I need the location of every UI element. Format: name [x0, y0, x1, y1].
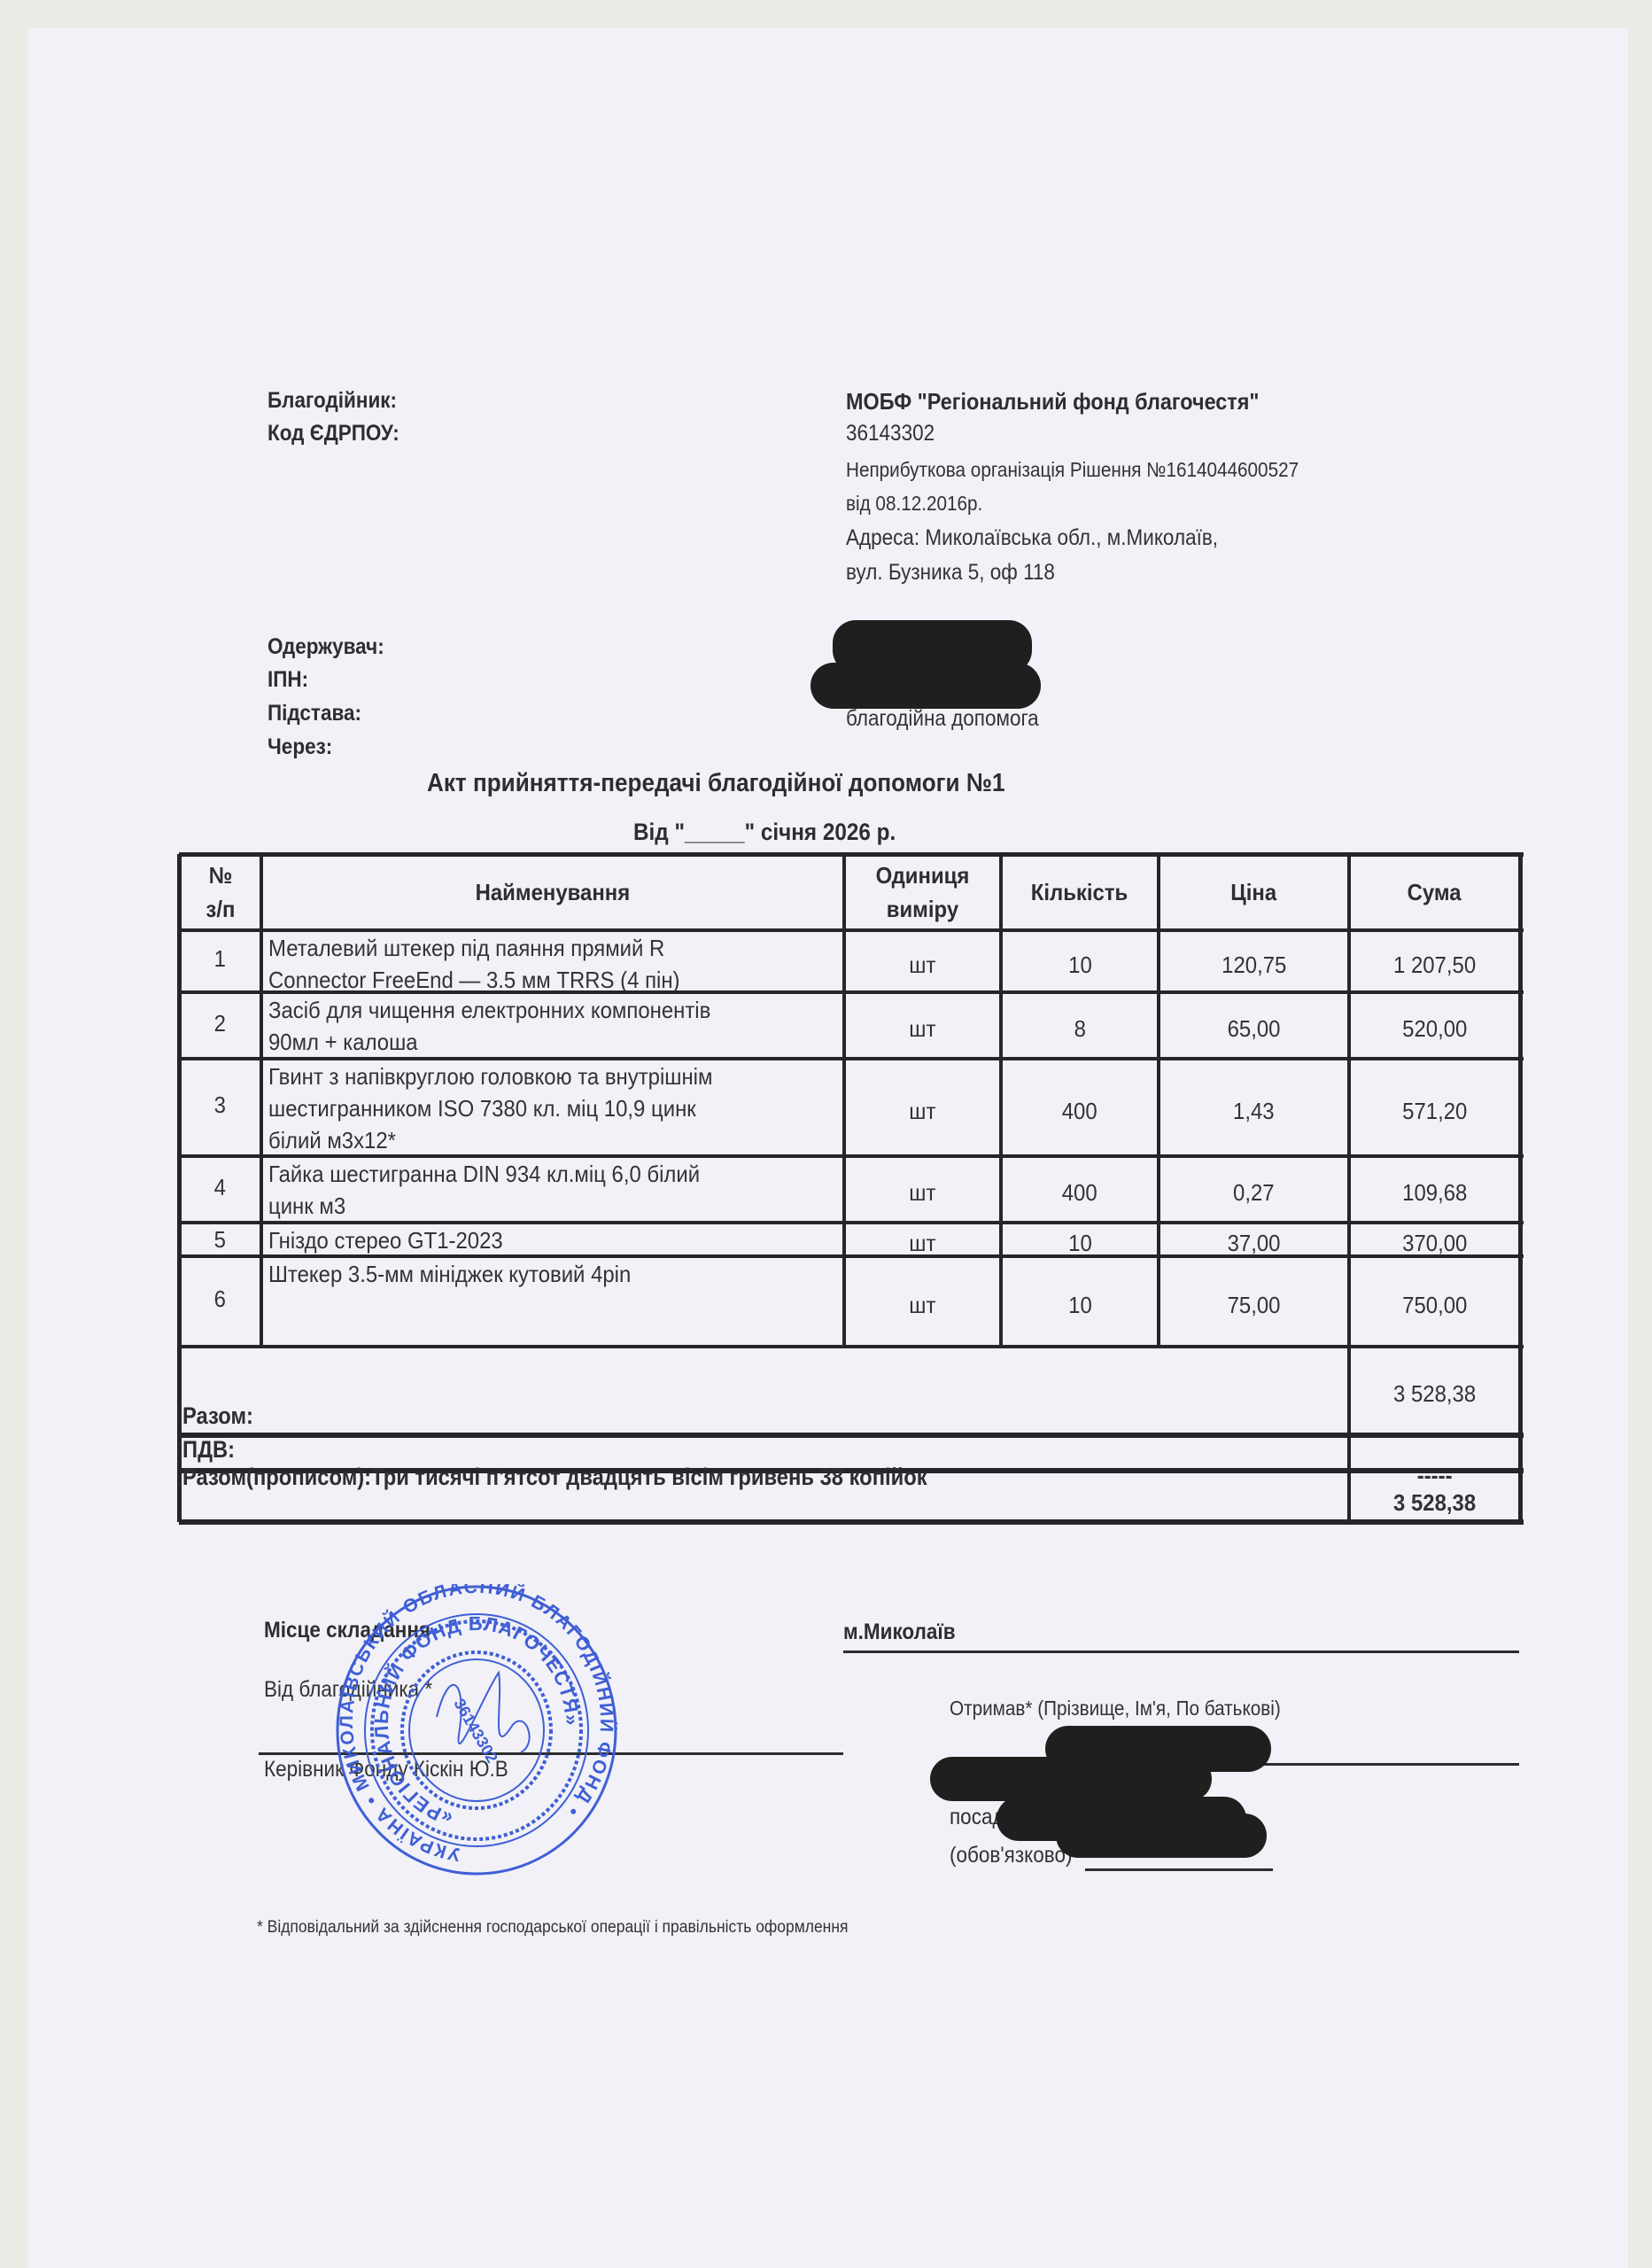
act-title: Акт прийняття-передачі благодійної допом…: [427, 769, 1004, 798]
footnote: * Відповідальний за здійснення господарс…: [257, 1918, 848, 1938]
act-date: Від "_____" січня 2026 р.: [633, 819, 896, 846]
item-num: 3: [179, 1062, 261, 1160]
header-unit: Одиниця виміру: [844, 854, 1001, 930]
item-sum: 520,00: [1349, 996, 1520, 1062]
total-label: Разом:: [182, 1402, 253, 1430]
recipient-label: Одержувач:: [268, 634, 384, 660]
item-qty: 400: [1001, 1062, 1159, 1160]
item-sum-text: 1 207,50: [1393, 951, 1476, 979]
summary-rule: [179, 1433, 1524, 1438]
item-sum: 109,68: [1349, 1160, 1520, 1226]
table-rule: [179, 990, 1524, 994]
item-unit-text: шт: [909, 1230, 935, 1257]
item-num: 6: [179, 1260, 261, 1350]
item-unit-text: шт: [909, 1292, 935, 1319]
item-price-text: 65,00: [1228, 1015, 1281, 1043]
item-price-text: 75,00: [1228, 1292, 1281, 1319]
total-value: 3 528,38: [1349, 1354, 1520, 1433]
header-label: Найменування: [476, 875, 631, 909]
redaction-received-4: [1056, 1814, 1267, 1858]
donor-address-2: вул. Бузника 5, оф 118: [846, 560, 1055, 586]
words-value-text: 3 528,38: [1393, 1489, 1476, 1517]
item-name-text: Гвинт з напівкруглою головкою та внутріш…: [268, 1060, 712, 1156]
table-rule: [179, 1345, 1524, 1348]
item-num-text: 5: [214, 1226, 226, 1254]
item-name: Штекер 3.5-мм мініджек кутовий 4pin: [268, 1258, 841, 1290]
header-label: Ціна: [1231, 875, 1277, 909]
mandatory-label: (обов'язково): [950, 1843, 1072, 1868]
header-qty: Кількість: [1001, 854, 1159, 930]
donor-name: МОБФ "Регіональний фонд благочестя": [846, 388, 1260, 416]
vat-label: ПДВ:: [182, 1436, 235, 1464]
item-unit: шт: [844, 1260, 1001, 1350]
item-unit: шт: [844, 1062, 1001, 1160]
header-sum: Сума: [1349, 854, 1520, 930]
item-name: Гніздо стерео GT1-2023: [268, 1224, 841, 1256]
place-underline: [843, 1651, 1519, 1653]
item-qty: 10: [1001, 934, 1159, 996]
donor-code: 36143302: [846, 421, 935, 447]
item-unit: шт: [844, 996, 1001, 1062]
ipn-label: ІПН:: [268, 667, 308, 693]
place-value: м.Миколаїв: [843, 1619, 956, 1645]
table-column-rule: [1157, 854, 1160, 1347]
item-unit-text: шт: [909, 1098, 935, 1125]
item-price-text: 1,43: [1233, 1098, 1275, 1125]
item-sum: 750,00: [1349, 1260, 1520, 1350]
item-num: 1: [179, 934, 261, 996]
donor-address-1: Адреса: Миколаївська обл., м.Миколаїв,: [846, 525, 1218, 551]
table-rule: [179, 1057, 1524, 1060]
item-qty: 8: [1001, 996, 1159, 1062]
table-rule: [179, 1254, 1524, 1258]
item-name: Металевий штекер під паяння прямий R Con…: [268, 932, 841, 996]
donor-status: Неприбуткова організація Рішення №161404…: [846, 458, 1299, 482]
item-price-text: 37,00: [1228, 1230, 1281, 1257]
basis-label: Підстава:: [268, 701, 361, 726]
item-name-text: Засіб для чищення електронних компоненті…: [268, 994, 710, 1058]
item-price: 65,00: [1159, 996, 1349, 1062]
table-column-rule: [260, 854, 263, 1347]
basis-value: благодійна допомога: [846, 706, 1039, 732]
header-label: № з/п: [206, 858, 235, 926]
via-label: Через:: [268, 734, 332, 760]
item-qty-text: 10: [1068, 1292, 1092, 1319]
item-unit: шт: [844, 1160, 1001, 1226]
header-name: Найменування: [261, 854, 844, 930]
item-qty-text: 10: [1068, 1230, 1092, 1257]
donor-status-date: від 08.12.2016р.: [846, 492, 982, 516]
item-name: Гвинт з напівкруглою головкою та внутріш…: [268, 1060, 841, 1156]
item-num-text: 1: [214, 945, 226, 973]
item-price: 1,43: [1159, 1062, 1349, 1160]
item-num: 4: [179, 1160, 261, 1226]
item-sum-text: 750,00: [1402, 1292, 1467, 1319]
header-num: № з/п: [179, 854, 261, 930]
table-column-rule: [177, 854, 182, 1522]
item-unit-text: шт: [909, 1015, 935, 1043]
item-sum: 1 207,50: [1349, 934, 1520, 996]
item-name-text: Металевий штекер під паяння прямий R Con…: [268, 932, 680, 996]
item-price: 0,27: [1159, 1160, 1349, 1226]
donor-label: Благодійник:: [268, 388, 397, 414]
item-price-text: 120,75: [1222, 951, 1286, 979]
table-rule: [179, 1154, 1524, 1158]
item-price-text: 0,27: [1233, 1179, 1275, 1207]
item-qty: 10: [1001, 1260, 1159, 1350]
table-rule: [179, 1221, 1524, 1224]
item-num-text: 2: [214, 1010, 226, 1037]
table-column-rule: [842, 854, 846, 1347]
summary-rule: [179, 1519, 1524, 1525]
header-price: Ціна: [1159, 854, 1349, 930]
item-num-text: 3: [214, 1091, 226, 1119]
received-label: Отримав* (Прізвище, Ім'я, По батькові): [950, 1697, 1281, 1720]
item-qty-text: 400: [1062, 1098, 1097, 1125]
item-sum-text: 571,20: [1402, 1098, 1467, 1125]
item-price: 120,75: [1159, 934, 1349, 996]
item-qty: 400: [1001, 1160, 1159, 1226]
item-qty-text: 10: [1068, 951, 1092, 979]
item-sum-text: 370,00: [1402, 1230, 1467, 1257]
item-name-text: Штекер 3.5-мм мініджек кутовий 4pin: [268, 1258, 631, 1290]
item-sum-text: 109,68: [1402, 1179, 1467, 1207]
item-unit-text: шт: [909, 951, 935, 979]
position-line: [1085, 1868, 1273, 1871]
svg-text:36143302: 36143302: [450, 1696, 500, 1766]
item-name: Гайка шестигранна DIN 934 кл.міц 6,0 біл…: [268, 1158, 841, 1222]
header-label: Одиниця виміру: [876, 858, 970, 926]
redaction-received-2: [930, 1757, 1212, 1801]
item-unit-text: шт: [909, 1179, 935, 1207]
item-num: 2: [179, 996, 261, 1062]
table-rule: [179, 852, 1524, 857]
table-column-rule: [999, 854, 1003, 1347]
item-qty-text: 400: [1062, 1179, 1097, 1207]
item-num-text: 4: [214, 1174, 226, 1201]
item-num-text: 6: [214, 1285, 226, 1313]
item-sum: 571,20: [1349, 1062, 1520, 1160]
total-value-text: 3 528,38: [1393, 1380, 1476, 1408]
header-label: Кількість: [1031, 875, 1128, 909]
edrpou-label: Код ЄДРПОУ:: [268, 421, 399, 447]
organization-stamp: УКРАЇНА • МИКОЛАЇВСЬКИЙ ОБЛАСНИЙ БЛАГОДІ…: [335, 1584, 618, 1876]
redaction-recipient-ipn: [810, 663, 1041, 709]
header-label: Сума: [1408, 875, 1462, 909]
item-qty-text: 8: [1074, 1015, 1085, 1043]
table-rule: [179, 928, 1524, 932]
item-name-text: Гніздо стерео GT1-2023: [268, 1224, 503, 1256]
item-name: Засіб для чищення електронних компоненті…: [268, 994, 841, 1058]
item-sum-text: 520,00: [1402, 1015, 1467, 1043]
item-price: 75,00: [1159, 1260, 1349, 1350]
item-unit: шт: [844, 934, 1001, 996]
words-value: 3 528,38: [1349, 1484, 1520, 1521]
item-name-text: Гайка шестигранна DIN 934 кл.міц 6,0 біл…: [268, 1158, 700, 1222]
total-in-words: Разом(прописом):Три тисячі п'ятсот двадц…: [182, 1464, 927, 1491]
